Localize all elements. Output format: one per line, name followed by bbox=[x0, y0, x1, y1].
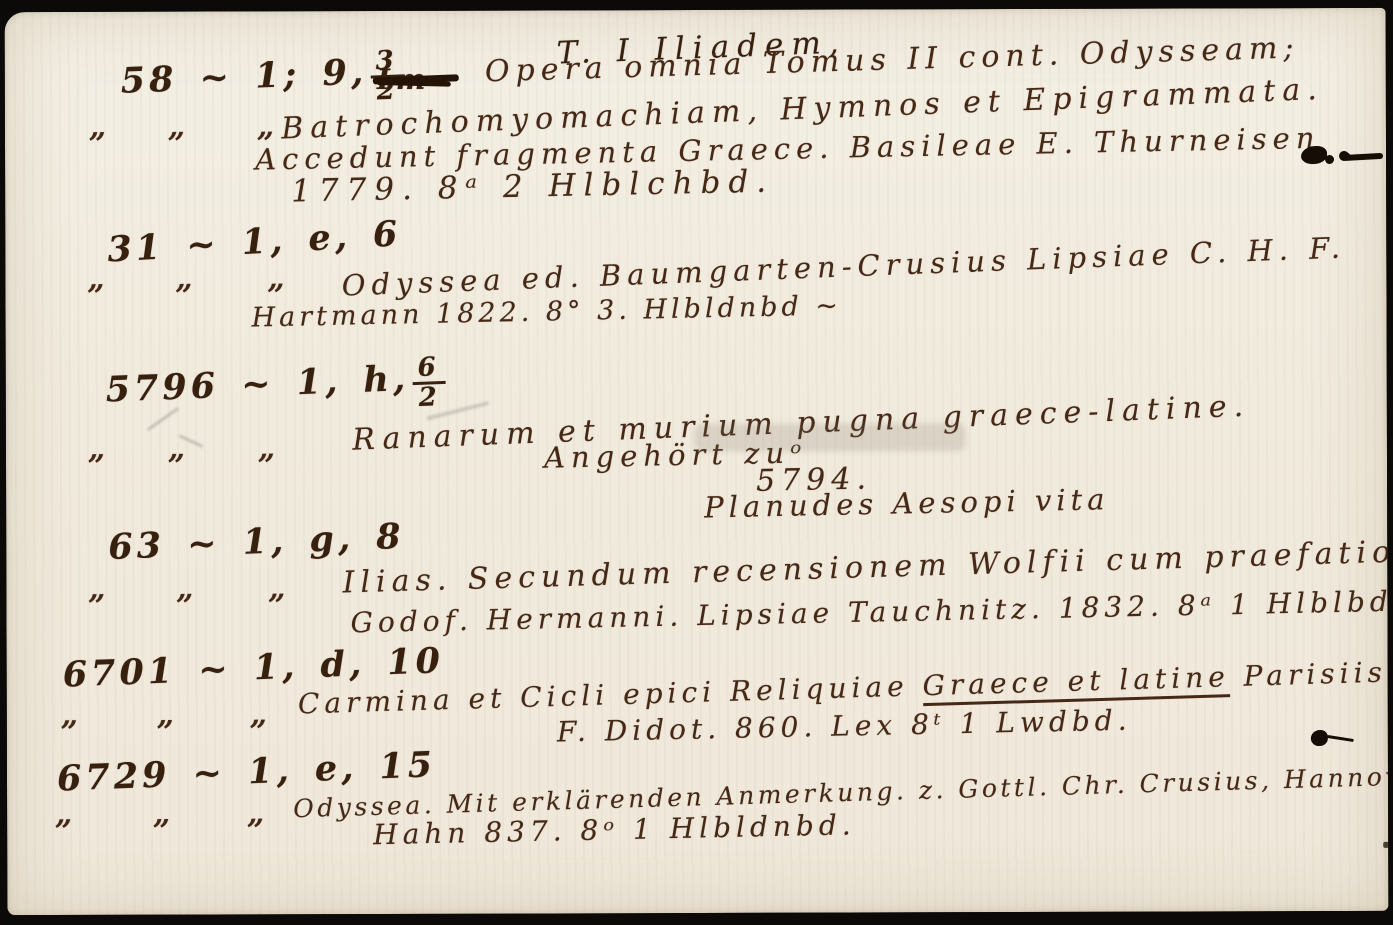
shelfmark-fraction: 62 bbox=[412, 355, 446, 411]
shelfmark: 63 ~ 1, g, 8 bbox=[108, 516, 406, 568]
ink-dot-icon bbox=[1383, 842, 1388, 848]
ditto-mark: „ bbox=[258, 431, 275, 466]
ditto-mark: „ bbox=[268, 571, 285, 606]
ditto-mark: „ bbox=[88, 572, 105, 607]
ditto-mark: „ bbox=[88, 432, 105, 467]
ditto-mark: „ bbox=[87, 262, 104, 297]
ditto-mark: „ bbox=[61, 698, 78, 733]
ink-blot-icon bbox=[1301, 146, 1327, 164]
entry-3: 5796 ~ 1, h,62 Ranarum et murium pugna g… bbox=[5, 8, 1386, 12]
shelfmark: 5796 ~ 1, h,62 bbox=[105, 355, 450, 422]
shelfmark-text: 58 ~ 1; 9, bbox=[120, 51, 368, 101]
entry-line: Hartmann 1822. 8° 3. Hlbldnbd ~ bbox=[251, 290, 842, 333]
entry-line: Planudes Aesopi vita bbox=[704, 482, 1110, 524]
ink-blot-icon bbox=[1311, 730, 1328, 746]
line-text: Parisiis bbox=[1229, 656, 1387, 694]
ditto-mark: „ bbox=[257, 109, 274, 144]
entry-6: 6729 ~ 1, e, 15 Odyssea. Mit erklärenden… bbox=[5, 8, 1386, 12]
photo-backdrop: T. I Iliadem, 58 ~ 1; 9,32. Im Opera omn… bbox=[0, 0, 1393, 925]
ditto-mark: „ bbox=[89, 110, 106, 145]
ditto-mark: „ bbox=[175, 262, 192, 297]
shelfmark: 31 ~ 1, e, 6 bbox=[106, 213, 402, 270]
ditto-mark: „ bbox=[157, 698, 174, 733]
ditto-mark: „ bbox=[250, 697, 267, 732]
ink-arrow-mark-icon bbox=[1337, 149, 1351, 163]
ditto-mark: „ bbox=[55, 797, 72, 832]
ditto-mark: „ bbox=[267, 261, 284, 296]
shelfmark-text: 5796 ~ 1, h, bbox=[105, 358, 410, 411]
faded-stamp-smudge bbox=[694, 423, 966, 452]
strikethrough-word: Im bbox=[377, 63, 459, 95]
entry-4: 63 ~ 1, g, 8 Ilias. Secundum recensionem… bbox=[5, 8, 1386, 12]
catalog-card: T. I Iliadem, 58 ~ 1; 9,32. Im Opera omn… bbox=[5, 8, 1389, 915]
entry-2: 31 ~ 1, e, 6 Odyssea ed. Baumgarten-Crus… bbox=[5, 8, 1386, 12]
ink-blot-icon bbox=[1325, 155, 1334, 164]
ditto-mark: „ bbox=[247, 796, 264, 831]
ditto-mark: „ bbox=[153, 797, 170, 832]
ink-blot-tail-icon bbox=[1327, 735, 1354, 742]
entry-1: 58 ~ 1; 9,32. Im Opera omnia Tomus II co… bbox=[5, 8, 1386, 12]
ditto-mark: „ bbox=[176, 572, 193, 607]
entry-5: 6701 ~ 1, d, 10 Carmina et Cicli epici R… bbox=[5, 8, 1386, 12]
entry-line: Odyssea ed. Baumgarten-Crusius Lipsiae C… bbox=[341, 230, 1346, 302]
ditto-mark: „ bbox=[168, 110, 185, 145]
underlined-phrase: Graece et latine bbox=[922, 660, 1230, 706]
